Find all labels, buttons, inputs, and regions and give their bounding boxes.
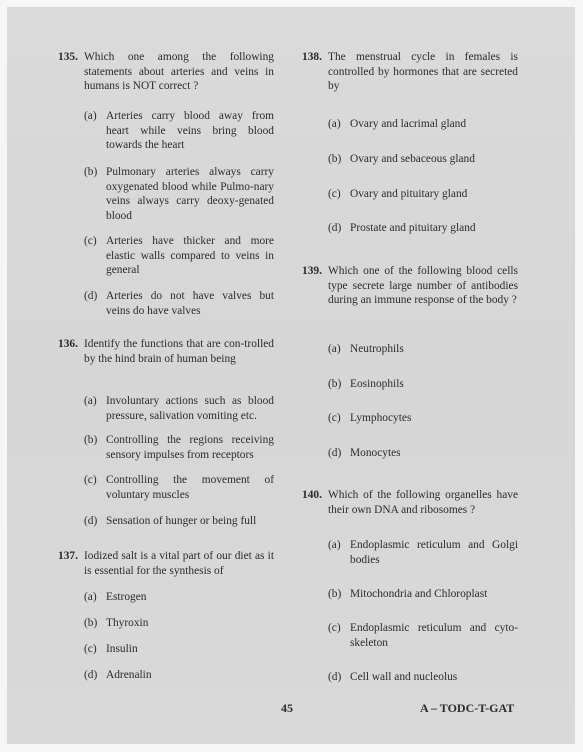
option-label: (b) [328, 377, 350, 392]
question-text: Which one among the following statements… [84, 50, 274, 94]
option-a[interactable]: (a) Ovary and lacrimal gland [328, 117, 518, 132]
question-136: 136. Identify the functions that are con… [58, 337, 274, 366]
option-text: Mitochondria and Chloroplast [350, 587, 518, 602]
question-number: 137. [58, 549, 84, 578]
question-number: 136. [58, 337, 84, 366]
option-label: (d) [328, 446, 350, 461]
option-text: Ovary and sebaceous gland [350, 152, 518, 167]
option-a[interactable]: (a) Arteries carry blood away from heart… [84, 109, 274, 153]
option-c[interactable]: (c) Lymphocytes [328, 411, 518, 426]
option-label: (a) [84, 590, 106, 605]
option-text: Ovary and lacrimal gland [350, 117, 518, 132]
option-text: Arteries carry blood away from heart whi… [106, 109, 274, 153]
question-text: Which of the following organelles have t… [328, 488, 518, 517]
question-text: Iodized salt is a vital part of our diet… [84, 549, 274, 578]
option-text: Pulmonary arteries always carry oxygenat… [106, 165, 274, 223]
option-label: (c) [84, 473, 106, 502]
option-d[interactable]: (d) Monocytes [328, 446, 518, 461]
option-label: (c) [328, 621, 350, 650]
option-text: Endoplasmic reticulum and Golgi bodies [350, 538, 518, 567]
option-label: (d) [328, 221, 350, 236]
option-label: (b) [328, 587, 350, 602]
option-a[interactable]: (a) Neutrophils [328, 342, 518, 357]
page-number: 45 [281, 701, 293, 716]
option-text: Ovary and pituitary gland [350, 187, 518, 202]
option-label: (d) [328, 670, 350, 685]
booklet-code: A – TODC-T-GAT [420, 701, 514, 716]
option-text: Insulin [106, 642, 274, 657]
option-c[interactable]: (c) Ovary and pituitary gland [328, 187, 518, 202]
question-138: 138. The menstrual cycle in females is c… [302, 50, 518, 94]
option-label: (b) [328, 152, 350, 167]
option-label: (c) [84, 642, 106, 657]
option-text: Monocytes [350, 446, 518, 461]
question-135: 135. Which one among the following state… [58, 50, 274, 94]
question-number: 138. [302, 50, 328, 94]
option-b[interactable]: (b) Controlling the regions receiving se… [84, 433, 274, 462]
option-c[interactable]: (c) Endoplasmic reticulum and cyto-skele… [328, 621, 518, 650]
question-number: 140. [302, 488, 328, 517]
option-label: (d) [84, 289, 106, 318]
option-text: Involuntary actions such as blood pressu… [106, 394, 274, 423]
option-text: Thyroxin [106, 616, 274, 631]
option-d[interactable]: (d) Adrenalin [84, 668, 274, 683]
option-text: Controlling the movement of voluntary mu… [106, 473, 274, 502]
question-text: Identify the functions that are con-trol… [84, 337, 274, 366]
question-139: 139. Which one of the following blood ce… [302, 264, 518, 308]
question-number: 135. [58, 50, 84, 94]
option-label: (c) [328, 187, 350, 202]
option-c[interactable]: (c) Controlling the movement of voluntar… [84, 473, 274, 502]
option-b[interactable]: (b) Mitochondria and Chloroplast [328, 587, 518, 602]
option-label: (b) [84, 165, 106, 223]
option-a[interactable]: (a) Endoplasmic reticulum and Golgi bodi… [328, 538, 518, 567]
option-text: Endoplasmic reticulum and cyto-skeleton [350, 621, 518, 650]
option-a[interactable]: (a) Involuntary actions such as blood pr… [84, 394, 274, 423]
option-text: Controlling the regions receiving sensor… [106, 433, 274, 462]
option-b[interactable]: (b) Eosinophils [328, 377, 518, 392]
option-b[interactable]: (b) Thyroxin [84, 616, 274, 631]
question-137: 137. Iodized salt is a vital part of our… [58, 549, 274, 578]
option-d[interactable]: (d) Arteries do not have valves but vein… [84, 289, 274, 318]
question-140: 140. Which of the following organelles h… [302, 488, 518, 517]
option-text: Arteries do not have valves but veins do… [106, 289, 274, 318]
option-label: (b) [84, 616, 106, 631]
option-text: Cell wall and nucleolus [350, 670, 518, 685]
option-text: Prostate and pituitary gland [350, 221, 518, 236]
option-c[interactable]: (c) Insulin [84, 642, 274, 657]
question-text: The menstrual cycle in females is contro… [328, 50, 518, 94]
option-text: Adrenalin [106, 668, 274, 683]
option-label: (a) [328, 538, 350, 567]
option-label: (b) [84, 433, 106, 462]
option-label: (d) [84, 514, 106, 529]
option-label: (a) [84, 109, 106, 153]
option-b[interactable]: (b) Pulmonary arteries always carry oxyg… [84, 165, 274, 223]
option-text: Neutrophils [350, 342, 518, 357]
option-label: (c) [328, 411, 350, 426]
option-label: (d) [84, 668, 106, 683]
option-c[interactable]: (c) Arteries have thicker and more elast… [84, 234, 274, 278]
option-b[interactable]: (b) Ovary and sebaceous gland [328, 152, 518, 167]
option-a[interactable]: (a) Estrogen [84, 590, 274, 605]
option-text: Sensation of hunger or being full [106, 514, 274, 529]
option-label: (c) [84, 234, 106, 278]
option-d[interactable]: (d) Cell wall and nucleolus [328, 670, 518, 685]
question-text: Which one of the following blood cells t… [328, 264, 518, 308]
option-label: (a) [328, 117, 350, 132]
question-number: 139. [302, 264, 328, 308]
option-d[interactable]: (d) Sensation of hunger or being full [84, 514, 274, 529]
option-text: Estrogen [106, 590, 274, 605]
option-text: Eosinophils [350, 377, 518, 392]
option-text: Lymphocytes [350, 411, 518, 426]
option-text: Arteries have thicker and more elastic w… [106, 234, 274, 278]
option-label: (a) [328, 342, 350, 357]
option-d[interactable]: (d) Prostate and pituitary gland [328, 221, 518, 236]
option-label: (a) [84, 394, 106, 423]
